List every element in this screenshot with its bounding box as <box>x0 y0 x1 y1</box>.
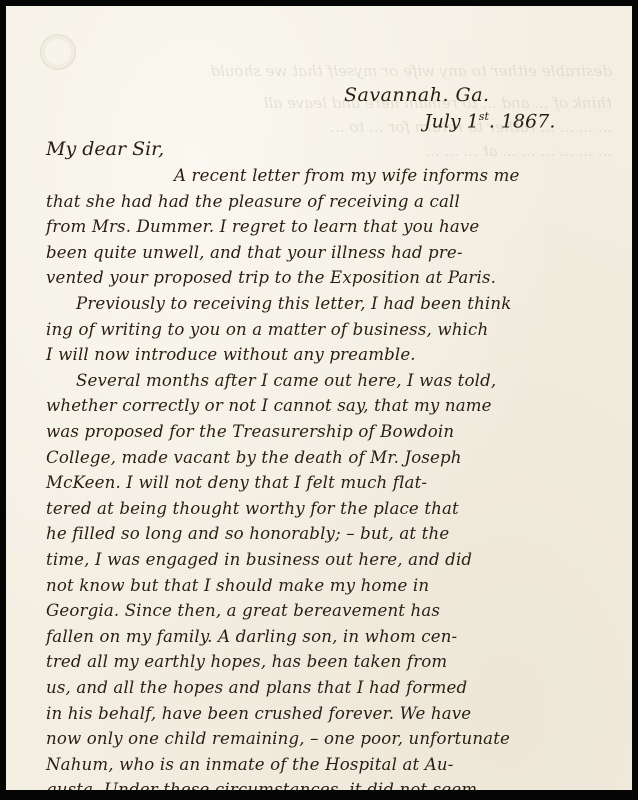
letter-line: College, made vacant by the death of Mr.… <box>46 448 462 467</box>
letter-line: gusta. Under these circumstances, it did… <box>46 780 477 790</box>
letter-line: he filled so long and so honorably; – bu… <box>46 524 449 543</box>
letter-line: tred all my earthly hopes, has been take… <box>46 652 447 671</box>
letter-line: whether correctly or not I cannot say, t… <box>46 396 492 415</box>
letter-line: vented your proposed trip to the Exposit… <box>46 268 496 287</box>
letter-line: that she had had the pleasure of receivi… <box>46 192 460 211</box>
date-day: July 1 <box>424 110 479 132</box>
letter-line: I will now introduce without any preambl… <box>46 345 416 364</box>
letter-line: us, and all the hopes and plans that I h… <box>46 678 467 697</box>
letter-line: been quite unwell, and that your illness… <box>46 243 463 262</box>
letter-line: Nahum, who is an inmate of the Hospital … <box>46 755 453 774</box>
letter-line: McKeen. I will not deny that I felt much… <box>46 473 427 492</box>
bleed-through-text: desirable either to any wife or myself t… <box>40 62 612 80</box>
letter-line: tered at being thought worthy for the pl… <box>46 499 459 518</box>
date-suffix: st <box>479 110 489 123</box>
letter-date: July 1st. 1867. <box>424 110 555 132</box>
letter-line: Previously to receiving this letter, I h… <box>76 294 511 313</box>
letter-line: in his behalf, have been crushed forever… <box>46 704 471 723</box>
letter-line: Georgia. Since then, a great bereavement… <box>46 601 440 620</box>
letter-line: ing of writing to you on a matter of bus… <box>46 320 488 339</box>
letter-line: A recent letter from my wife informs me <box>174 166 519 185</box>
letter-line: time, I was engaged in business out here… <box>46 550 472 569</box>
letter-place: Savannah. Ga. <box>344 84 490 106</box>
letter-line: not know but that I should make my home … <box>46 576 429 595</box>
salutation: My dear Sir, <box>46 138 164 160</box>
date-year: 1867. <box>501 110 555 132</box>
letter-line: from Mrs. Dummer. I regret to learn that… <box>46 217 479 236</box>
letter-line: now only one child remaining, – one poor… <box>46 729 510 748</box>
letter-page: desirable either to any wife or myself t… <box>6 6 632 790</box>
letter-line: fallen on my family. A darling son, in w… <box>46 627 457 646</box>
letter-line: was proposed for the Treasurership of Bo… <box>46 422 454 441</box>
letter-line: Several months after I came out here, I … <box>76 371 496 390</box>
